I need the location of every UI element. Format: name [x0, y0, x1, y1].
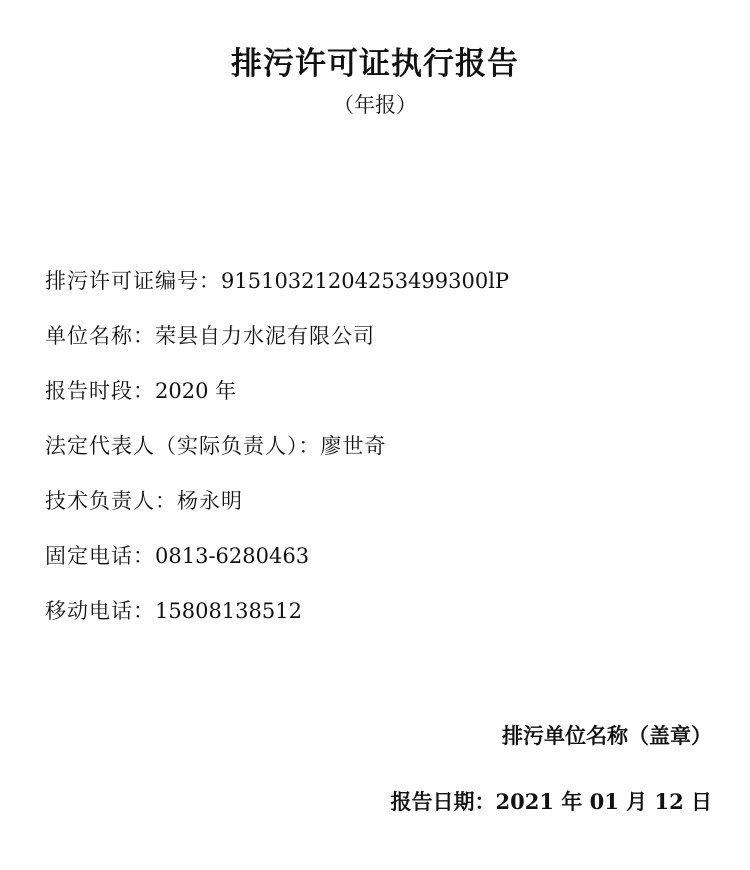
- field-unit-name: 单位名称：荣县自力水泥有限公司: [45, 321, 375, 351]
- field-value: 0813-6280463: [155, 544, 309, 568]
- report-date-label: 报告日期：: [391, 790, 496, 814]
- field-value: 荣县自力水泥有限公司: [155, 324, 375, 348]
- field-mobile: 移动电话：15808138512: [45, 596, 302, 626]
- field-value: 杨永明: [177, 489, 243, 513]
- report-date: 报告日期：2021 年 01 月 12 日: [391, 787, 712, 817]
- field-label: 报告时段：: [45, 379, 155, 403]
- field-label: 单位名称：: [45, 324, 155, 348]
- document-title: 排污许可证执行报告: [0, 44, 750, 84]
- field-label: 技术负责人：: [45, 489, 177, 513]
- document-subtitle: （年报）: [0, 90, 750, 120]
- field-value: 2020 年: [155, 379, 236, 403]
- field-label: 法定代表人（实际负责人）：: [45, 434, 321, 458]
- field-legal-representative: 法定代表人（实际负责人）：廖世奇: [45, 431, 387, 461]
- field-technical-lead: 技术负责人：杨永明: [45, 486, 243, 516]
- field-value: 91510321204253499300lP: [221, 269, 509, 293]
- field-label: 移动电话：: [45, 599, 155, 623]
- field-value: 廖世奇: [321, 434, 387, 458]
- report-date-value: 2021 年 01 月 12 日: [496, 789, 712, 814]
- field-report-period: 报告时段：2020 年: [45, 376, 236, 406]
- field-label: 排污许可证编号：: [45, 269, 221, 293]
- field-label: 固定电话：: [45, 544, 155, 568]
- field-permit-number: 排污许可证编号：91510321204253499300lP: [45, 266, 509, 296]
- field-value: 15808138512: [155, 599, 302, 623]
- field-landline: 固定电话：0813-6280463: [45, 541, 309, 571]
- stamp-label: 排污单位名称（盖章）: [502, 721, 712, 751]
